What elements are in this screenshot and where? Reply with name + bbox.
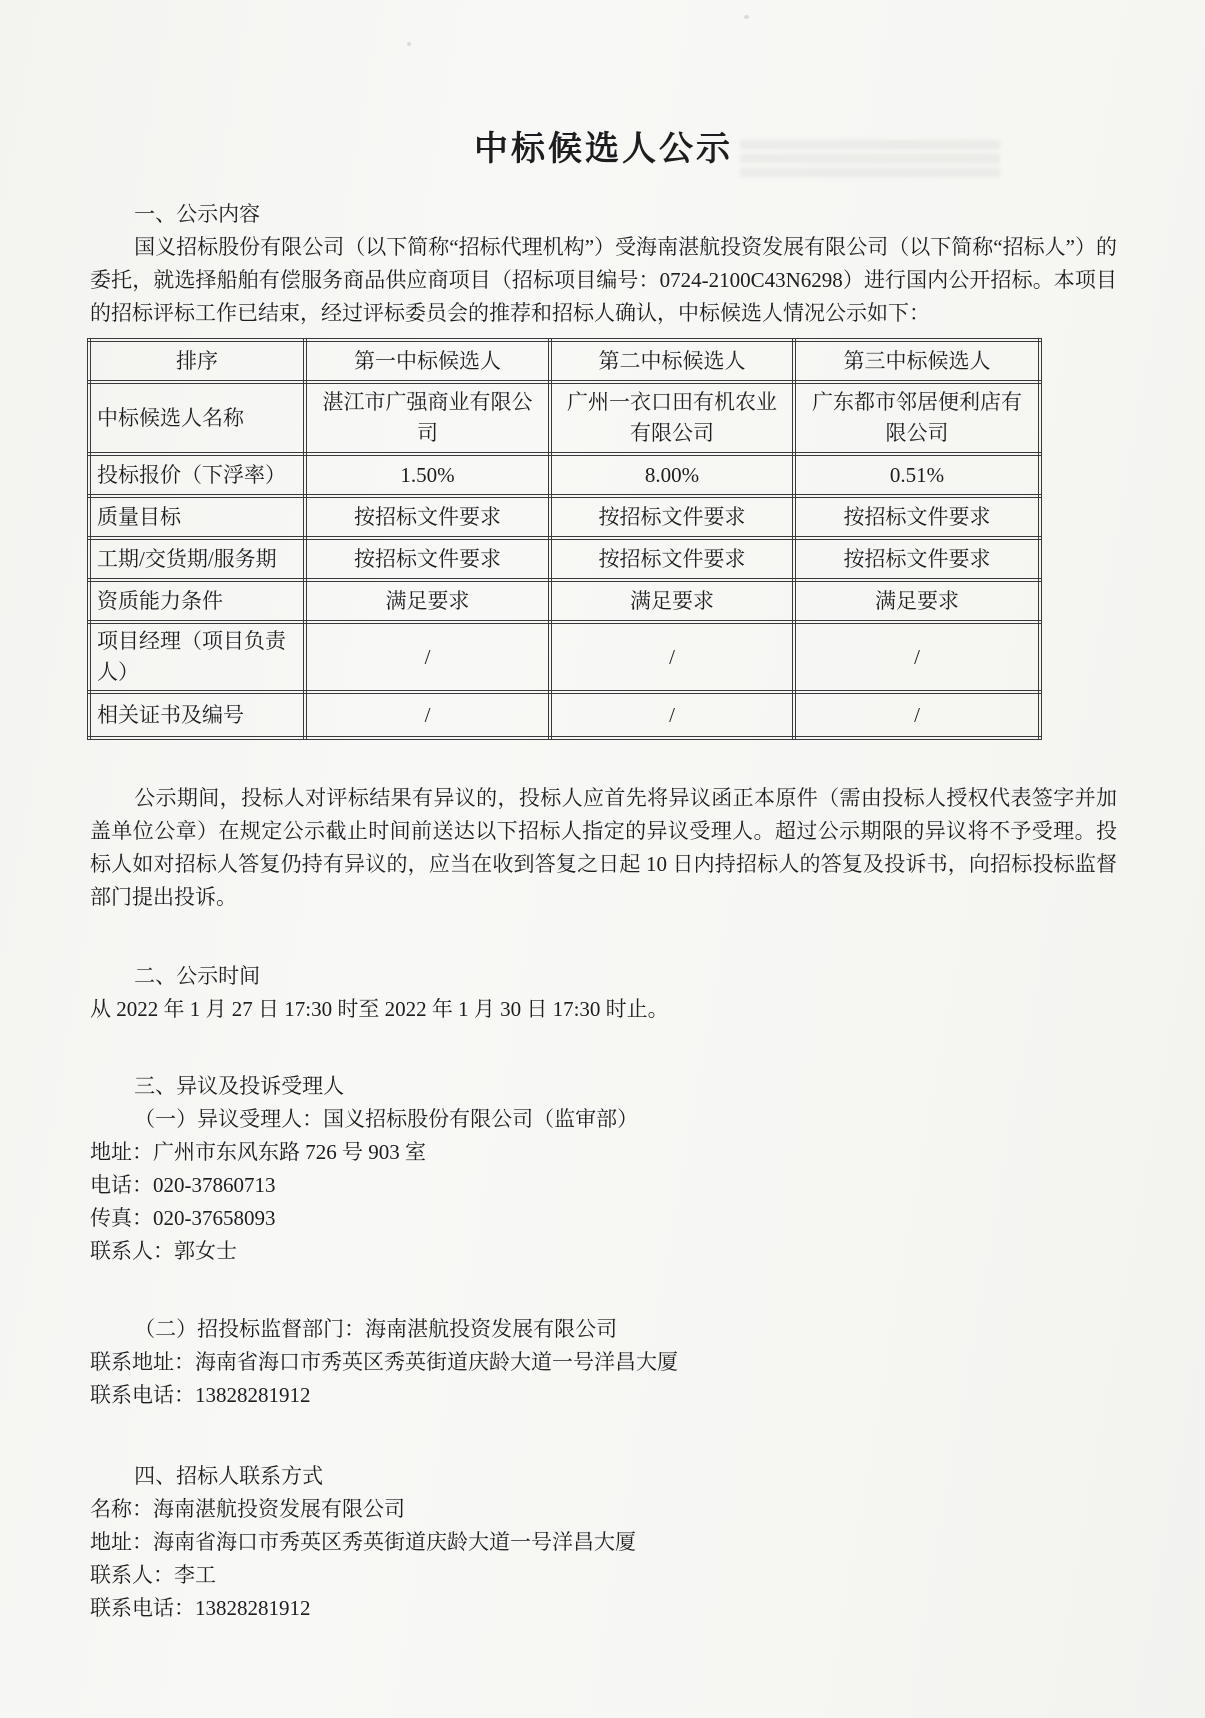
scan-speck bbox=[744, 15, 749, 19]
table-header-row: 排序 第一中标候选人 第二中标候选人 第三中标候选人 bbox=[89, 340, 1040, 382]
table-row-label: 资质能力条件 bbox=[89, 580, 305, 622]
table-row-quality-target: 质量目标 按招标文件要求 按招标文件要求 按招标文件要求 bbox=[89, 496, 1040, 538]
table-cell: 广东都市邻居便利店有限公司 bbox=[794, 382, 1040, 454]
objection-notice-paragraph: 公示期间，投标人对评标结果有异议的，投标人应首先将异议函正本原件（需由投标人授权… bbox=[90, 782, 1117, 914]
table-header-third-candidate: 第三中标候选人 bbox=[794, 340, 1040, 382]
table-row-label: 投标报价（下浮率） bbox=[89, 454, 305, 496]
table-cell: / bbox=[794, 692, 1040, 738]
table-cell: / bbox=[550, 622, 794, 692]
table-cell: 0.51% bbox=[794, 454, 1040, 496]
supervision-department-address: 联系地址：海南省海口市秀英区秀英街道庆龄大道一号洋昌大厦 bbox=[90, 1346, 1117, 1379]
section-3-heading: 三、异议及投诉受理人 bbox=[90, 1070, 1117, 1103]
objection-recipient-fax: 传真：020-37658093 bbox=[90, 1202, 1117, 1235]
tenderer-address: 地址：海南省海口市秀英区秀英街道庆龄大道一号洋昌大厦 bbox=[90, 1526, 1117, 1559]
table-cell: / bbox=[550, 692, 794, 738]
table-row-label: 工期/交货期/服务期 bbox=[89, 538, 305, 580]
table-row-label: 中标候选人名称 bbox=[89, 382, 305, 454]
tenderer-phone: 联系电话：13828281912 bbox=[90, 1592, 1117, 1625]
table-cell: 满足要求 bbox=[550, 580, 794, 622]
section-4-heading: 四、招标人联系方式 bbox=[90, 1460, 1117, 1493]
table-row-certificates: 相关证书及编号 / / / bbox=[89, 692, 1040, 738]
table-header-first-candidate: 第一中标候选人 bbox=[305, 340, 550, 382]
publicity-period: 从 2022 年 1 月 27 日 17:30 时至 2022 年 1 月 30… bbox=[90, 993, 1117, 1026]
table-row-bid-price: 投标报价（下浮率） 1.50% 8.00% 0.51% bbox=[89, 454, 1040, 496]
supervision-department-phone: 联系电话：13828281912 bbox=[90, 1379, 1117, 1412]
section-1-paragraph: 国义招标股份有限公司（以下简称“招标代理机构”）受海南湛航投资发展有限公司（以下… bbox=[90, 231, 1117, 330]
supervision-department-title: （二）招投标监督部门：海南湛航投资发展有限公司 bbox=[90, 1313, 1117, 1346]
table-row-label: 项目经理（项目负责人） bbox=[89, 622, 305, 692]
tenderer-name: 名称：海南湛航投资发展有限公司 bbox=[90, 1493, 1117, 1526]
table-cell: 按招标文件要求 bbox=[550, 496, 794, 538]
table-row-delivery-period: 工期/交货期/服务期 按招标文件要求 按招标文件要求 按招标文件要求 bbox=[89, 538, 1040, 580]
section-2-heading: 二、公示时间 bbox=[90, 960, 1117, 993]
table-cell: / bbox=[305, 622, 550, 692]
objection-recipient-address: 地址：广州市东风东路 726 号 903 室 bbox=[90, 1136, 1117, 1169]
table-cell: 按招标文件要求 bbox=[305, 538, 550, 580]
table-cell: 8.00% bbox=[550, 454, 794, 496]
section-1-heading: 一、公示内容 bbox=[90, 198, 1117, 231]
objection-recipient-title: （一）异议受理人：国义招标股份有限公司（监审部） bbox=[90, 1103, 1117, 1136]
page-title: 中标候选人公示 bbox=[90, 128, 1117, 172]
candidates-table: 排序 第一中标候选人 第二中标候选人 第三中标候选人 中标候选人名称 湛江市广强… bbox=[87, 338, 1042, 740]
table-cell: 1.50% bbox=[305, 454, 550, 496]
document-content: 中标候选人公示 一、公示内容 国义招标股份有限公司（以下简称“招标代理机构”）受… bbox=[0, 0, 1205, 1625]
table-row-project-manager: 项目经理（项目负责人） / / / bbox=[89, 622, 1040, 692]
objection-recipient-phone: 电话：020-37860713 bbox=[90, 1169, 1117, 1202]
scanned-document-page: 中标候选人公示 一、公示内容 国义招标股份有限公司（以下简称“招标代理机构”）受… bbox=[0, 0, 1205, 1718]
table-cell: 湛江市广强商业有限公司 bbox=[305, 382, 550, 454]
table-cell: / bbox=[794, 622, 1040, 692]
table-row-candidate-name: 中标候选人名称 湛江市广强商业有限公司 广州一衣口田有机农业有限公司 广东都市邻… bbox=[89, 382, 1040, 454]
table-header-second-candidate: 第二中标候选人 bbox=[550, 340, 794, 382]
table-cell: 按招标文件要求 bbox=[794, 496, 1040, 538]
table-cell: 满足要求 bbox=[305, 580, 550, 622]
table-cell: 按招标文件要求 bbox=[550, 538, 794, 580]
table-cell: 满足要求 bbox=[794, 580, 1040, 622]
table-cell: 广州一衣口田有机农业有限公司 bbox=[550, 382, 794, 454]
table-cell: / bbox=[305, 692, 550, 738]
table-cell: 按招标文件要求 bbox=[305, 496, 550, 538]
scan-speck bbox=[407, 42, 411, 46]
table-row-qualification: 资质能力条件 满足要求 满足要求 满足要求 bbox=[89, 580, 1040, 622]
objection-recipient-contact: 联系人：郭女士 bbox=[90, 1235, 1117, 1268]
table-row-label: 相关证书及编号 bbox=[89, 692, 305, 738]
table-row-label: 质量目标 bbox=[89, 496, 305, 538]
tenderer-contact: 联系人：李工 bbox=[90, 1559, 1117, 1592]
table-cell: 按招标文件要求 bbox=[794, 538, 1040, 580]
table-header-rank: 排序 bbox=[89, 340, 305, 382]
